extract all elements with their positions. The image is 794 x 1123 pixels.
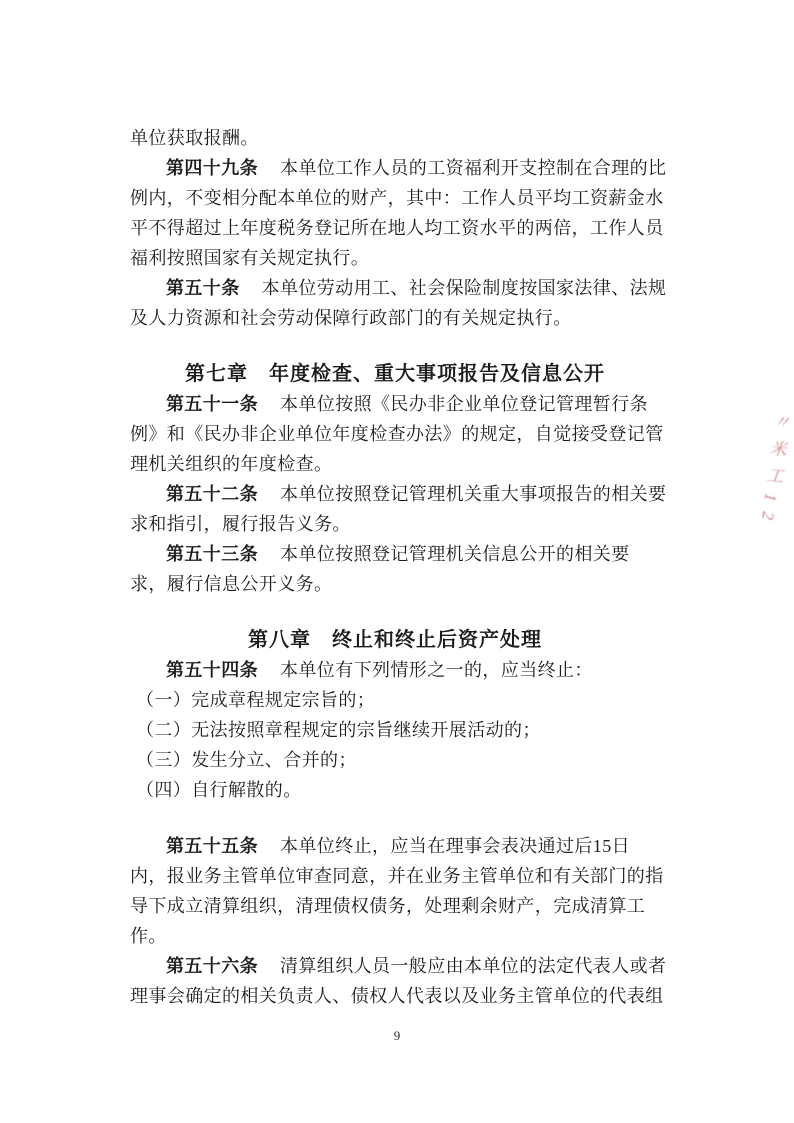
document-body: 单位获取报酬。第四十九条本单位工作人员的工资福利开支控制在合理的比例内，不变相分…	[130, 123, 660, 1011]
blank-line	[130, 333, 660, 359]
text-line: 第四十九条本单位工作人员的工资福利开支控制在合理的比	[130, 153, 660, 183]
article-number: 第五十条	[166, 278, 240, 298]
article-number: 第五十四条	[166, 660, 258, 680]
text-line: 第五十二条本单位按照登记管理机关重大事项报告的相关要	[130, 479, 660, 509]
text-line: 第五十一条本单位按照《民办非企业单位登记管理暂行条	[130, 389, 660, 419]
article-number: 第四十九条	[166, 158, 258, 178]
text-line: 理事会确定的相关负责人、债权人代表以及业务主管单位的代表组	[130, 981, 660, 1011]
line-text: 求，履行信息公开义务。	[130, 574, 332, 594]
text-line: 及人力资源和社会劳动保障行政部门的有关规定执行。	[130, 303, 660, 333]
line-text: 单位获取报酬。	[130, 128, 259, 148]
text-line: 单位获取报酬。	[130, 123, 660, 153]
chapter-heading: 第七章 年度检查、重大事项报告及信息公开	[130, 359, 660, 389]
article-number: 第五十二条	[166, 484, 258, 504]
line-text: 本单位按照登记管理机关信息公开的相关要	[280, 544, 630, 564]
line-text: 作。	[130, 926, 167, 946]
article-number: 第五十一条	[166, 394, 258, 414]
line-text: 及人力资源和社会劳动保障行政部门的有关规定执行。	[130, 308, 572, 328]
article-number: 第五十六条	[166, 956, 258, 976]
line-text: 内，报业务主管单位审查同意，并在业务主管单位和有关部门的指	[130, 866, 664, 886]
line-text: 本单位劳动用工、社会保险制度按国家法律、法规	[262, 278, 667, 298]
blank-line	[130, 805, 660, 831]
line-text: 清算组织人员一般应由本单位的法定代表人或者	[280, 956, 666, 976]
list-item-line: （一）完成章程规定宗旨的；	[130, 685, 660, 715]
line-text: 本单位工作人员的工资福利开支控制在合理的比	[280, 158, 666, 178]
list-item-line: （三）发生分立、合并的；	[130, 745, 660, 775]
line-text: 导下成立清算组织，清理债权债务，处理剩余财产，完成清算工	[130, 896, 645, 916]
line-text: （一）完成章程规定宗旨的；	[136, 690, 375, 710]
text-line: 求和指引，履行报告义务。	[130, 509, 660, 539]
page-number: 9	[0, 1028, 794, 1044]
line-text: 求和指引，履行报告义务。	[130, 514, 351, 534]
line-text: 平不得超过上年度税务登记所在地人均工资水平的两倍，工作人员	[130, 218, 664, 238]
text-line: 内，报业务主管单位审查同意，并在业务主管单位和有关部门的指	[130, 861, 660, 891]
text-line: 第五十三条本单位按照登记管理机关信息公开的相关要	[130, 539, 660, 569]
text-line: 第五十六条清算组织人员一般应由本单位的法定代表人或者	[130, 951, 660, 981]
text-line: 例》和《民办非企业单位年度检查办法》的规定，自觉接受登记管	[130, 419, 660, 449]
text-line: 第五十五条本单位终止，应当在理事会表决通过后15日	[130, 831, 660, 861]
line-text: 理机关组织的年度检查。	[130, 454, 332, 474]
line-text: 例内，不变相分配本单位的财产，其中：工作人员平均工资薪金水	[130, 188, 664, 208]
handwritten-red-annotation: 〃米工12	[746, 411, 793, 598]
line-text: 本单位有下列情形之一的，应当终止：	[280, 660, 593, 680]
text-line: 理机关组织的年度检查。	[130, 449, 660, 479]
line-text: 本单位终止，应当在理事会表决通过后15日	[280, 836, 630, 856]
list-item-line: （四）自行解散的。	[130, 775, 660, 805]
line-text: 第八章 终止和终止后资产处理	[248, 629, 542, 651]
text-line: 福利按照国家有关规定执行。	[130, 243, 660, 273]
line-text: 第七章 年度检查、重大事项报告及信息公开	[185, 363, 605, 385]
text-line: 平不得超过上年度税务登记所在地人均工资水平的两倍，工作人员	[130, 213, 660, 243]
line-text: 本单位按照登记管理机关重大事项报告的相关要	[280, 484, 666, 504]
text-line: 求，履行信息公开义务。	[130, 569, 660, 599]
blank-line	[130, 599, 660, 625]
line-text: 福利按照国家有关规定执行。	[130, 248, 369, 268]
text-line: 例内，不变相分配本单位的财产，其中：工作人员平均工资薪金水	[130, 183, 660, 213]
line-text: 例》和《民办非企业单位年度检查办法》的规定，自觉接受登记管	[130, 424, 664, 444]
document-page: 单位获取报酬。第四十九条本单位工作人员的工资福利开支控制在合理的比例内，不变相分…	[0, 0, 794, 1123]
list-item-line: （二）无法按照章程规定的宗旨继续开展活动的；	[130, 715, 660, 745]
article-number: 第五十五条	[166, 836, 258, 856]
text-line: 作。	[130, 921, 660, 951]
article-number: 第五十三条	[166, 544, 258, 564]
line-text: （四）自行解散的。	[136, 780, 302, 800]
line-text: （三）发生分立、合并的；	[136, 750, 357, 770]
line-text: 本单位按照《民办非企业单位登记管理暂行条	[280, 394, 648, 414]
line-text: （二）无法按照章程规定的宗旨继续开展活动的；	[136, 720, 541, 740]
text-line: 第五十条本单位劳动用工、社会保险制度按国家法律、法规	[130, 273, 660, 303]
text-line: 导下成立清算组织，清理债权债务，处理剩余财产，完成清算工	[130, 891, 660, 921]
text-line: 第五十四条本单位有下列情形之一的，应当终止：	[130, 655, 660, 685]
chapter-heading: 第八章 终止和终止后资产处理	[130, 625, 660, 655]
line-text: 理事会确定的相关负责人、债权人代表以及业务主管单位的代表组	[130, 986, 664, 1006]
